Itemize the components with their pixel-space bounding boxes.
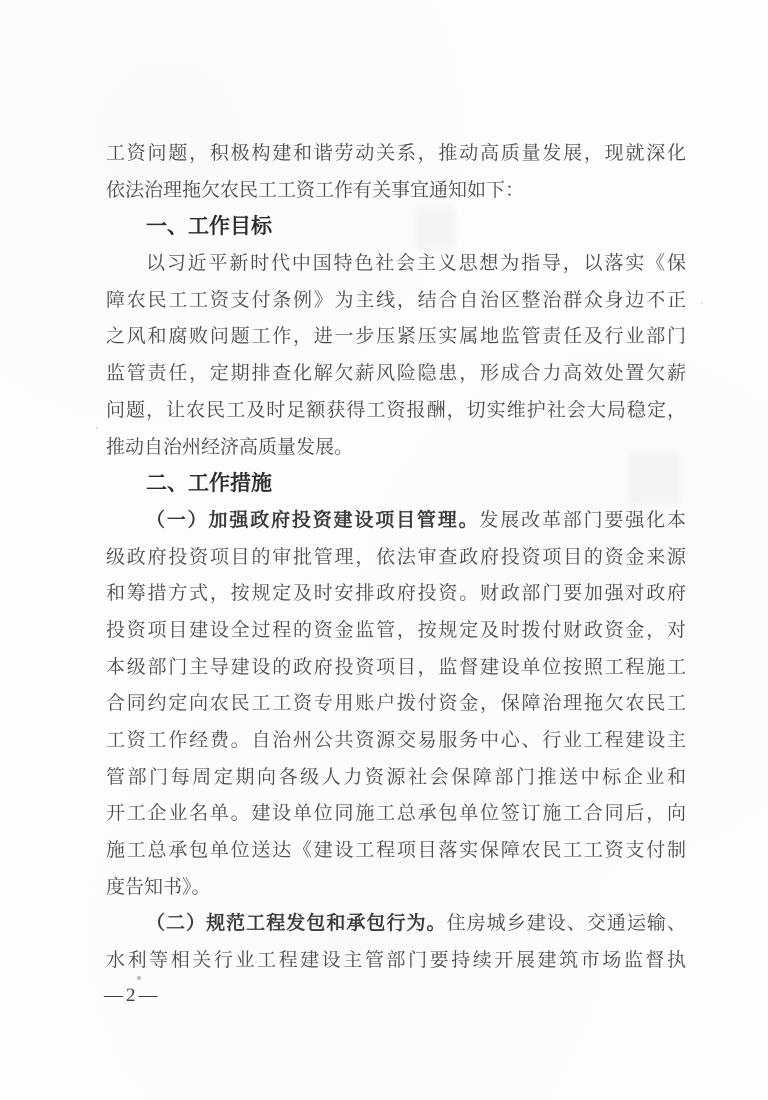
text-run: 工资工作经费。自治州公共资源交易服务中心、行业工程建设主	[106, 730, 686, 751]
text-run: 一、工作目标	[146, 215, 272, 238]
text-line: 障农民工工资支付条例》为主线，结合自治区整治群众身边不正	[106, 283, 686, 320]
text-run: 和筹措方式，按规定及时安排政府投资。财政部门要加强对政府	[106, 583, 686, 604]
text-line: 本级部门主导建设的政府投资项目，监督建设单位按照工程施工	[106, 650, 686, 687]
text-line: （一）加强政府投资建设项目管理。发展改革部门要强化本	[106, 503, 686, 540]
text-line: 工资工作经费。自治州公共资源交易服务中心、行业工程建设主	[106, 723, 686, 760]
page-number: —2—	[104, 982, 161, 1010]
text-run: 水利等相关行业工程建设主管部门要持续开展建筑市场监督执	[106, 950, 686, 971]
text-line: 投资项目建设全过程的资金监管，按规定及时拨付财政资金，对	[106, 613, 686, 650]
text-run: 住房城乡建设、交通运输、	[447, 913, 686, 934]
text-line: 开工企业名单。建设单位同施工总承包单位签订施工合同后，向	[106, 796, 686, 833]
text-line: 依法治理拖欠农民工工资工作有关事宜通知如下：	[106, 173, 686, 210]
text-run: 二、工作措施	[146, 472, 272, 495]
text-line: 工资问题，积极构建和谐劳动关系，推动高质量发展，现就深化	[106, 136, 686, 173]
text-run: 依法治理拖欠农民工工资工作有关事宜通知如下：	[106, 180, 524, 201]
text-run: 施工总承包单位送达《建设工程项目落实保障农民工工资支付制	[106, 840, 686, 861]
text-line: 管部门每周定期向各级人力资源社会保障部门推送中标企业和	[106, 760, 686, 797]
scan-speck	[701, 302, 703, 304]
text-line: 度告知书》。	[106, 870, 686, 907]
text-run: 之风和腐败问题工作，进一步压紧压实属地监管责任及行业部门	[106, 326, 686, 347]
text-run: 级政府投资项目的审批管理，依法审查政府投资项目的资金来源	[106, 547, 686, 568]
text-line: 之风和腐败问题工作，进一步压紧压实属地监管责任及行业部门	[106, 319, 686, 356]
text-line: 水利等相关行业工程建设主管部门要持续开展建筑市场监督执	[106, 943, 686, 980]
scan-speck	[96, 427, 98, 429]
text-line: 监管责任，定期排查化解欠薪风险隐患，形成合力高效处置欠薪	[106, 356, 686, 393]
text-run: 合同约定向农民工工资专用账户拨付资金，保障治理拖欠农民工	[106, 693, 686, 714]
text-run: 工资问题，积极构建和谐劳动关系，推动高质量发展，现就深化	[106, 143, 686, 164]
paragraph-lead: （二）规范工程发包和承包行为。	[146, 913, 447, 934]
text-run: 投资项目建设全过程的资金监管，按规定及时拨付财政资金，对	[106, 620, 686, 641]
text-line: 问题，让农民工及时足额获得工资报酬，切实维护社会大局稳定，	[106, 393, 686, 430]
text-line: 和筹措方式，按规定及时安排政府投资。财政部门要加强对政府	[106, 576, 686, 613]
text-line: 施工总承包单位送达《建设工程项目落实保障农民工工资支付制	[106, 833, 686, 870]
paragraph-lead: （一）加强政府投资建设项目管理。	[146, 510, 479, 531]
text-run: 障农民工工资支付条例》为主线，结合自治区整治群众身边不正	[106, 290, 686, 311]
text-line: （二）规范工程发包和承包行为。住房城乡建设、交通运输、	[106, 906, 686, 943]
text-run: 以习近平新时代中国特色社会主义思想为指导，以落实《保	[146, 253, 686, 274]
text-run: 管部门每周定期向各级人力资源社会保障部门推送中标企业和	[106, 767, 686, 788]
text-line: 合同约定向农民工工资专用账户拨付资金，保障治理拖欠农民工	[106, 686, 686, 723]
section-heading: 二、工作措施	[106, 466, 686, 503]
text-run: 问题，让农民工及时足额获得工资报酬，切实维护社会大局稳定，	[106, 400, 686, 421]
text-line: 推动自治州经济高质量发展。	[106, 430, 686, 467]
text-run: 度告知书》。	[106, 877, 211, 898]
text-run: 推动自治州经济高质量发展。	[106, 437, 353, 458]
text-run: 开工企业名单。建设单位同施工总承包单位签订施工合同后，向	[106, 803, 686, 824]
text-line: 以习近平新时代中国特色社会主义思想为指导，以落实《保	[106, 246, 686, 283]
text-line: 级政府投资项目的审批管理，依法审查政府投资项目的资金来源	[106, 540, 686, 577]
text-run: 本级部门主导建设的政府投资项目，监督建设单位按照工程施工	[106, 657, 686, 678]
section-heading: 一、工作目标	[106, 209, 686, 246]
text-run: 监管责任，定期排查化解欠薪风险隐患，形成合力高效处置欠薪	[106, 363, 686, 384]
document-body: 工资问题，积极构建和谐劳动关系，推动高质量发展，现就深化依法治理拖欠农民工工资工…	[106, 136, 686, 980]
scanned-document-page: 工资问题，积极构建和谐劳动关系，推动高质量发展，现就深化依法治理拖欠农民工工资工…	[0, 0, 768, 1100]
text-run: 发展改革部门要强化本	[479, 510, 686, 531]
